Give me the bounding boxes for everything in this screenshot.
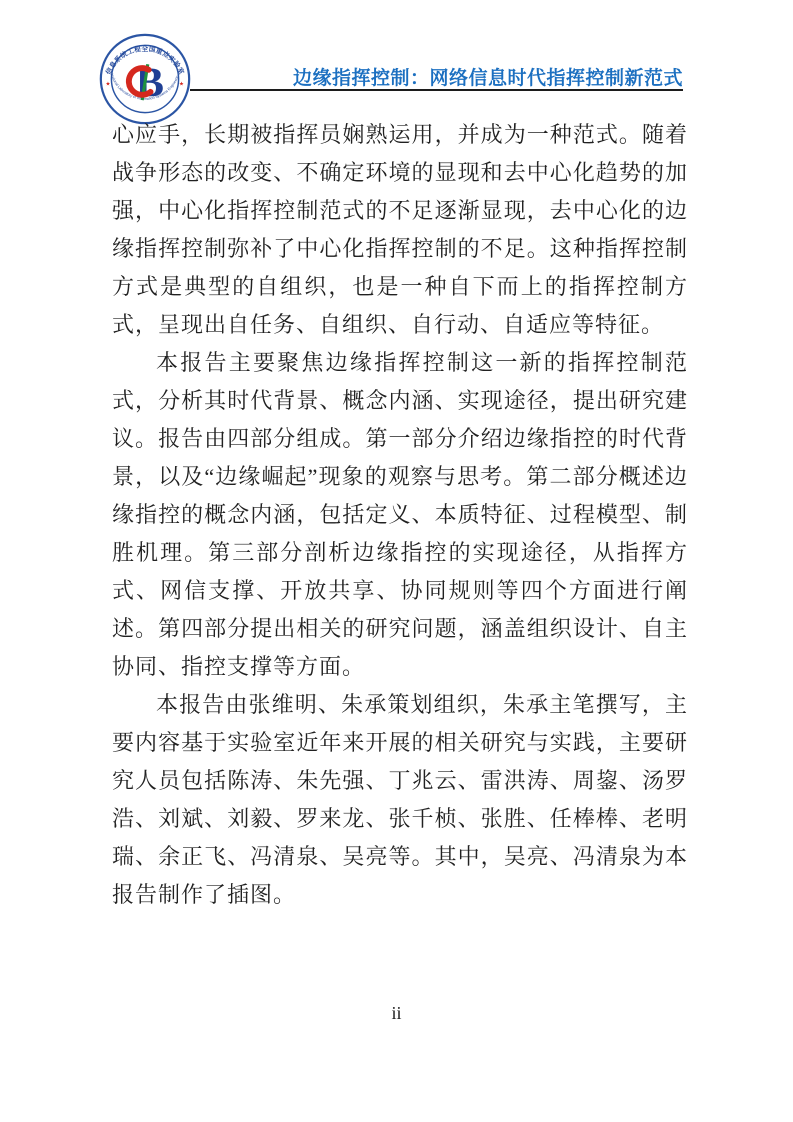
header-divider [190, 89, 683, 91]
page-number: ii [0, 1003, 793, 1024]
paragraph-continuation: 心应手，长期被指挥员娴熟运用，并成为一种范式。随着战争形态的改变、不确定环境的显… [112, 116, 688, 344]
document-body: 心应手，长期被指挥员娴熟运用，并成为一种范式。随着战争形态的改变、不确定环境的显… [112, 116, 688, 914]
paragraph-report-overview: 本报告主要聚焦边缘指挥控制这一新的指挥控制范式，分析其时代背景、概念内涵、实现途… [112, 344, 688, 686]
document-page: 信息系统工程全国重点实验室 National Laboratory of Inf… [0, 0, 793, 1122]
laboratory-logo-icon: 信息系统工程全国重点实验室 National Laboratory of Inf… [99, 33, 191, 125]
page-header-title: 边缘指挥控制：网络信息时代指挥控制新范式 [190, 63, 683, 90]
paragraph-authors: 本报告由张维明、朱承策划组织，朱承主笔撰写，主要内容基于实验室近年来开展的相关研… [112, 686, 688, 914]
logo-star-right-icon: ★ [179, 80, 184, 87]
logo-star-left-icon: ★ [105, 80, 110, 87]
laboratory-logo: 信息系统工程全国重点实验室 National Laboratory of Inf… [99, 33, 191, 125]
